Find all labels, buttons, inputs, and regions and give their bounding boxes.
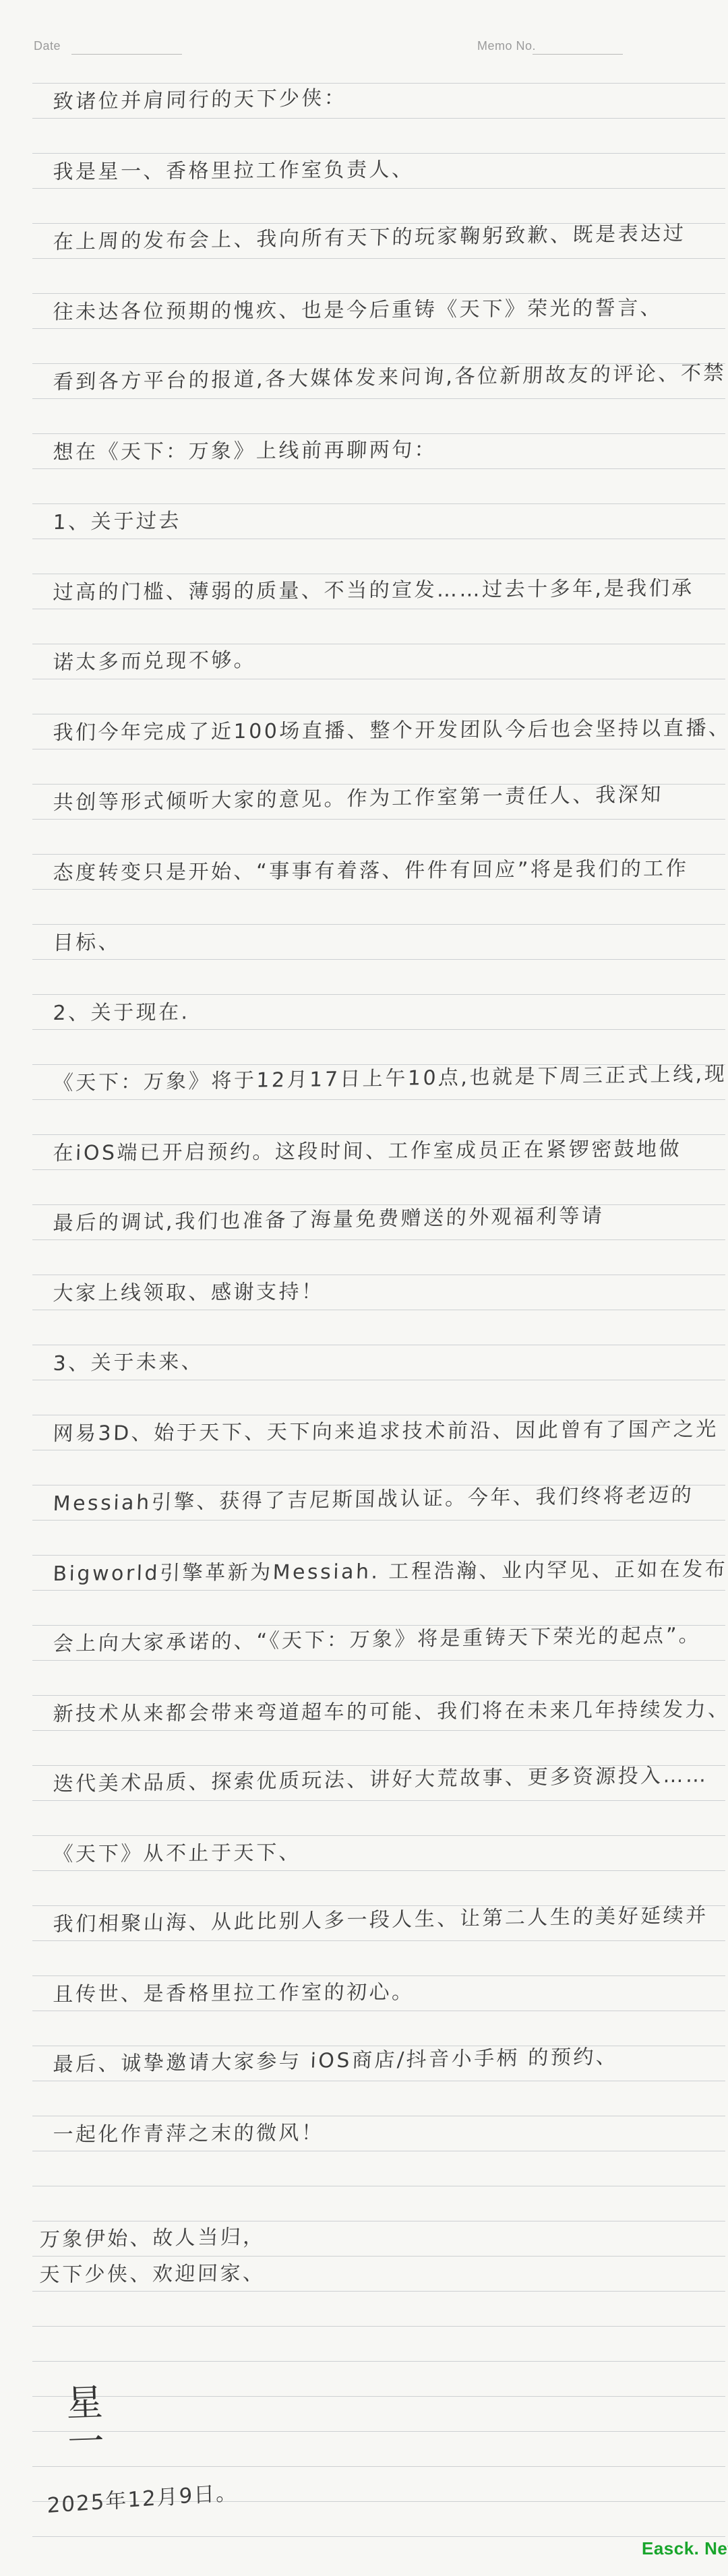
letter-date: 2025年12月9日。 bbox=[47, 2475, 238, 2519]
letter-line: 新技术从来都会带来弯道超车的可能、我们将在未来几年持续发力、 bbox=[53, 1698, 728, 1726]
rule-line bbox=[32, 2466, 725, 2467]
letter-line: 天下少侠、欢迎回家、 bbox=[39, 2263, 266, 2287]
letter-line: 目标、 bbox=[53, 931, 121, 955]
letter-line: 致诸位并肩同行的天下少侠： bbox=[53, 87, 347, 114]
memo-paper: Date Memo No. 致诸位并肩同行的天下少侠：我是星一、香格里拉工作室负… bbox=[0, 0, 728, 2576]
rule-line bbox=[32, 1345, 725, 1345]
rule-line bbox=[32, 1134, 725, 1135]
rule-line bbox=[32, 889, 725, 890]
letter-line: 我们相聚山海、从此比别人多一段人生、让第二人生的美好延续并 bbox=[53, 1904, 708, 1936]
rule-line bbox=[32, 574, 725, 574]
rule-line bbox=[32, 503, 725, 504]
rule-line bbox=[32, 2116, 725, 2116]
rule-line bbox=[32, 1520, 725, 1521]
rule-line bbox=[32, 2081, 725, 2081]
rule-line bbox=[32, 1660, 725, 1661]
rule-line bbox=[32, 2186, 725, 2186]
date-underline bbox=[71, 54, 182, 55]
letter-line: Bigworld引擎革新为Messiah. 工程浩瀚、业内罕见、正如在发布 bbox=[53, 1558, 728, 1586]
rule-line bbox=[32, 1099, 725, 1100]
rule-line bbox=[32, 749, 725, 749]
rule-line bbox=[32, 2221, 725, 2221]
letter-line: Messiah引擎、获得了吉尼斯国战认证。今年、我们终将老迈的 bbox=[53, 1484, 694, 1516]
letter-line: 在上周的发布会上、我向所有天下的玩家鞠躬致歉、既是表达过 bbox=[53, 222, 686, 254]
rule-line bbox=[32, 433, 725, 434]
rule-line bbox=[32, 2396, 725, 2397]
rule-line bbox=[32, 854, 725, 855]
rule-line bbox=[32, 1415, 725, 1415]
rule-line bbox=[32, 1555, 725, 1556]
rule-line bbox=[32, 118, 725, 119]
rule-line bbox=[32, 2326, 725, 2327]
rule-line bbox=[32, 1730, 725, 1731]
rule-line bbox=[32, 258, 725, 259]
rule-line bbox=[32, 2361, 725, 2362]
rule-line bbox=[32, 644, 725, 644]
letter-line: 看到各方平台的报道,各大媒体发来问询,各位新朋故友的评论、不禁 bbox=[53, 362, 727, 394]
rule-line bbox=[32, 398, 725, 399]
rule-line bbox=[32, 1029, 725, 1030]
letter-line: 3、关于未来、 bbox=[53, 1351, 204, 1376]
letter-line: 想在《天下：万象》上线前再聊两句： bbox=[53, 439, 437, 464]
rule-line bbox=[32, 714, 725, 714]
rule-line bbox=[32, 1590, 725, 1591]
letter-line: 诺太多而兑现不够。 bbox=[53, 649, 257, 675]
rule-line bbox=[32, 468, 725, 469]
signature-xingyi: 星一 bbox=[55, 2383, 110, 2463]
rule-line bbox=[32, 819, 725, 820]
letter-line: 迭代美术品质、探索优质玩法、讲好大荒故事、更多资源投入…… bbox=[53, 1764, 708, 1796]
rule-line bbox=[32, 2046, 725, 2046]
rule-line bbox=[32, 1275, 725, 1275]
rule-line bbox=[32, 609, 725, 609]
letter-line: 会上向大家承诺的、“《天下：万象》将是重铸天下荣光的起点”。 bbox=[53, 1624, 702, 1656]
rule-line bbox=[32, 188, 725, 189]
rule-line bbox=[32, 153, 725, 154]
letter-line: 网易3D、始于天下、天下向来追求技术前沿、因此曾有了国产之光 bbox=[53, 1418, 719, 1446]
rule-line bbox=[32, 959, 725, 960]
rule-line bbox=[32, 1975, 725, 1976]
rule-line bbox=[32, 1204, 725, 1205]
letter-line: 大家上线领取、感谢支持！ bbox=[53, 1281, 324, 1306]
rule-line bbox=[32, 2256, 725, 2257]
letter-line: 最后的调试,我们也准备了海量免费赠送的外观福利等请 bbox=[53, 1205, 605, 1235]
rule-line bbox=[32, 1870, 725, 1871]
letter-line: 态度转变只是开始、“事事有着落、件件有回应”将是我们的工作 bbox=[53, 857, 689, 885]
rule-line bbox=[32, 83, 725, 84]
letter-line: 《天下》从不止于天下、 bbox=[53, 1841, 302, 1866]
letter-line: 一起化作青萍之末的微风！ bbox=[53, 2122, 324, 2147]
letter-line: 且传世、是香格里拉工作室的初心。 bbox=[53, 1981, 415, 2006]
letter-line: 共创等形式倾听大家的意见。作为工作室第一责任人、我深知 bbox=[53, 783, 663, 815]
rule-line bbox=[32, 539, 725, 539]
letter-line: 我是星一、香格里拉工作室负责人、 bbox=[53, 158, 415, 184]
rule-line bbox=[32, 293, 725, 294]
watermark-text: Easck. Net bbox=[642, 2538, 728, 2559]
rule-line bbox=[32, 1800, 725, 1801]
rule-line bbox=[32, 1380, 725, 1380]
rule-line bbox=[32, 2011, 725, 2011]
rule-line bbox=[32, 2151, 725, 2151]
letter-line: 最后、诚挚邀请大家参与 iOS商店/抖音小手柄 的预约、 bbox=[53, 2046, 619, 2077]
date-label: Date bbox=[34, 39, 61, 53]
memo-no-underline bbox=[533, 54, 623, 55]
rule-line bbox=[32, 1450, 725, 1450]
rule-line bbox=[32, 1310, 725, 1310]
rule-line bbox=[32, 1239, 725, 1240]
letter-line: 往未达各位预期的愧疚、也是今后重铸《天下》荣光的誓言、 bbox=[53, 297, 663, 324]
rule-line bbox=[32, 1695, 725, 1696]
rule-line bbox=[32, 1940, 725, 1941]
letter-line: 在iOS端已开启预约。这段时间、工作室成员正在紧锣密鼓地做 bbox=[53, 1138, 682, 1165]
rule-line bbox=[32, 2536, 725, 2537]
rule-line bbox=[32, 1835, 725, 1836]
rule-line bbox=[32, 2291, 725, 2292]
rule-line bbox=[32, 328, 725, 329]
letter-line: 过高的门槛、薄弱的质量、不当的宣发……过去十多年,是我们承 bbox=[53, 577, 694, 605]
letter-line: 《天下：万象》将于12月17日上午10点,也就是下周三正式上线,现 bbox=[53, 1063, 727, 1095]
rule-line bbox=[32, 679, 725, 679]
letter-line: 2、关于现在. bbox=[53, 1002, 190, 1025]
letter-line: 我们今年完成了近100场直播、整个开发团队今后也会坚持以直播、 bbox=[53, 717, 728, 745]
memo-no-label: Memo No. bbox=[477, 39, 536, 53]
rule-line bbox=[32, 994, 725, 995]
rule-line bbox=[32, 1169, 725, 1170]
rule-line bbox=[32, 2431, 725, 2432]
letter-line: 1、关于过去 bbox=[53, 510, 182, 534]
letter-line: 万象伊始、故人当归， bbox=[39, 2226, 266, 2252]
rule-line bbox=[32, 924, 725, 925]
